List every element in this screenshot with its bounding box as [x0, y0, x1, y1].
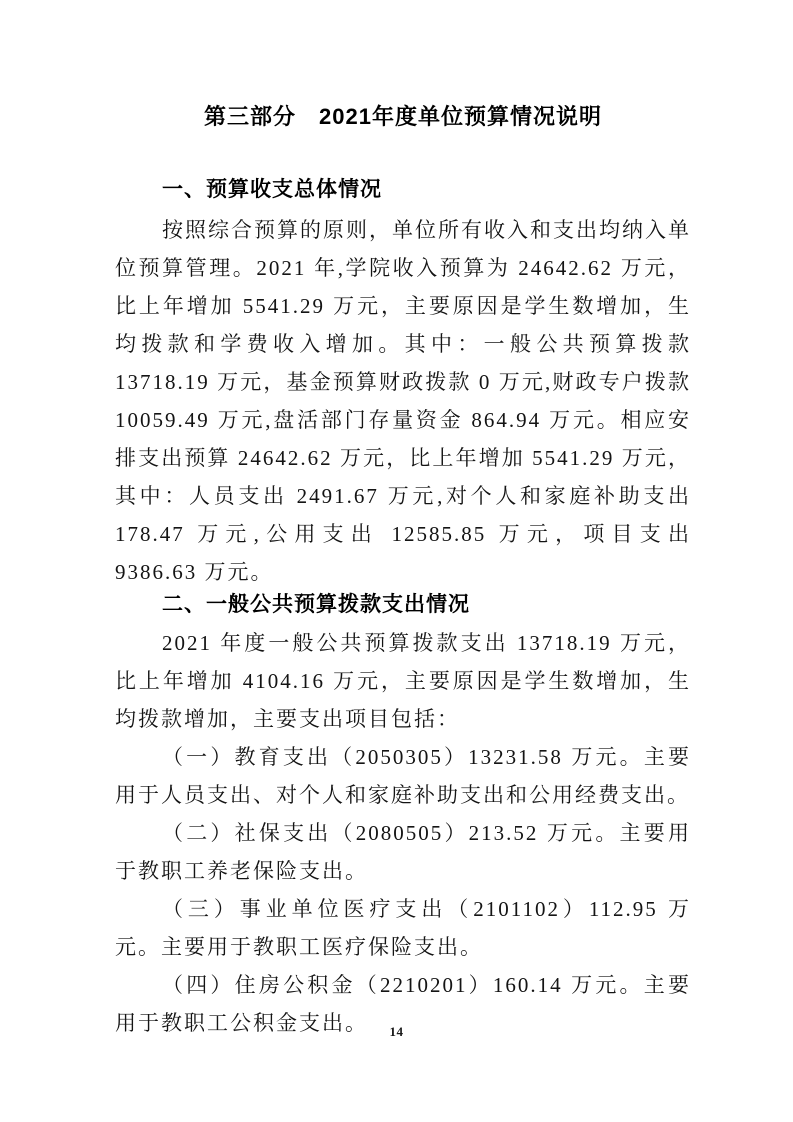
section-2-paragraph-intro: 2021 年度一般公共预算拨款支出 13718.19 万元，比上年增加 4104… [115, 624, 691, 738]
document-page: 第三部分 2021年度单位预算情况说明 一、预算收支总体情况 按照综合预算的原则… [0, 0, 793, 1122]
section-2-item-2: （二）社保支出（2080505）213.52 万元。主要用于教职工养老保险支出。 [115, 814, 691, 890]
section-1-heading: 一、预算收支总体情况 [115, 171, 691, 209]
section-2-item-1: （一）教育支出（2050305）13231.58 万元。主要用于人员支出、对个人… [115, 738, 691, 814]
section-1-paragraph: 按照综合预算的原则，单位所有收入和支出均纳入单位预算管理。2021 年,学院收入… [115, 211, 691, 591]
document-title: 第三部分 2021年度单位预算情况说明 [115, 98, 691, 136]
section-2-item-3: （三）事业单位医疗支出（2101102）112.95 万元。主要用于教职工医疗保… [115, 890, 691, 966]
document-content: 第三部分 2021年度单位预算情况说明 一、预算收支总体情况 按照综合预算的原则… [115, 98, 691, 1042]
section-2-heading: 二、一般公共预算拨款支出情况 [115, 586, 691, 624]
page-number: 14 [0, 1024, 793, 1040]
